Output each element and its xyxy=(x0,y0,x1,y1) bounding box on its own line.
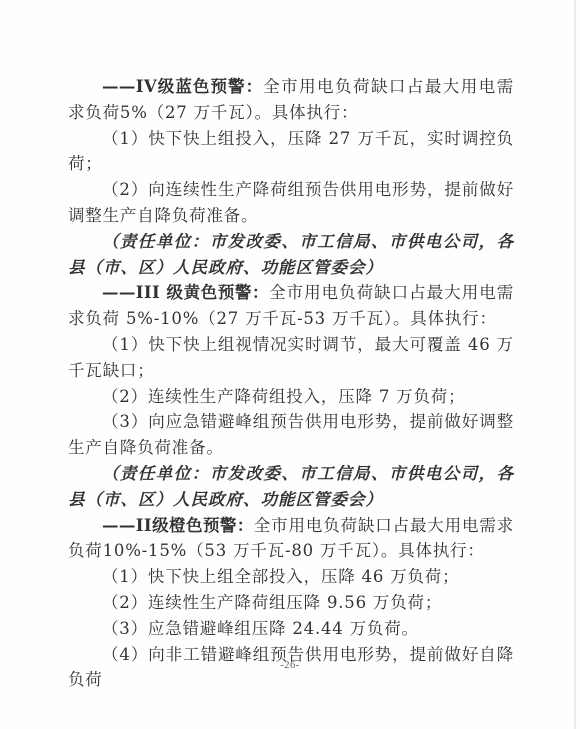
document-body: ——IV级蓝色预警：全市用电负荷缺口占最大用电需求负荷5%（27 万千瓦）。具体… xyxy=(68,74,514,693)
paragraph-text: （责任单位：市发改委、市工信局、市供电公司，各县（市、区）人民政府、功能区管委会… xyxy=(68,464,514,509)
paragraph-item: （3）应急错避峰组压降 24.44 万负荷。 xyxy=(68,616,514,642)
paragraph-item: （3）向应急错避峰组预告供用电形势，提前做好调整生产自降负荷准备。 xyxy=(68,409,514,461)
paragraph-text: （1）快下快上组投入，压降 27 万千瓦，实时调控负荷； xyxy=(68,129,514,174)
paragraph-item: （1）快下快上组全部投入，压降 46 万负荷； xyxy=(68,564,514,590)
paragraph-item: （1）快下快上组投入，压降 27 万千瓦，实时调控负荷； xyxy=(68,126,514,178)
page-number: -26- xyxy=(0,660,580,671)
paragraph-item: （2）向连续性生产降荷组预告供用电形势，提前做好调整生产自降负荷准备。 xyxy=(68,177,514,229)
paragraph-alert-level-4: ——IV级蓝色预警：全市用电负荷缺口占最大用电需求负荷5%（27 万千瓦）。具体… xyxy=(68,74,514,126)
paragraph-text: （3）向应急错避峰组预告供用电形势，提前做好调整生产自降负荷准备。 xyxy=(68,412,514,457)
paragraph-text: （责任单位：市发改委、市工信局、市供电公司，各县（市、区）人民政府、功能区管委会… xyxy=(68,232,514,277)
paragraph-item: （2）连续性生产降荷组投入，压降 7 万负荷； xyxy=(68,384,514,410)
paragraph-text: （2）连续性生产降荷组压降 9.56 万负荷； xyxy=(102,593,442,612)
scan-edge-shadow xyxy=(574,0,576,729)
alert-level-4-heading: ——IV级蓝色预警： xyxy=(102,77,263,96)
paragraph-item: （1）快下快上组视情况实时调节，最大可覆盖 46 万千瓦缺口； xyxy=(68,332,514,384)
document-page: ——IV级蓝色预警：全市用电负荷缺口占最大用电需求负荷5%（27 万千瓦）。具体… xyxy=(0,0,580,729)
paragraph-item: （2）连续性生产降荷组压降 9.56 万负荷； xyxy=(68,590,514,616)
paragraph-text: （2）向连续性生产降荷组预告供用电形势，提前做好调整生产自降负荷准备。 xyxy=(68,180,514,225)
paragraph-text: （1）快下快上组全部投入，压降 46 万负荷； xyxy=(102,567,459,586)
paragraph-responsible-units: （责任单位：市发改委、市工信局、市供电公司，各县（市、区）人民政府、功能区管委会… xyxy=(68,229,514,281)
paragraph-alert-level-3: ——III 级黄色预警：全市用电负荷缺口占最大用电需求负荷 5%-10%（27 … xyxy=(68,280,514,332)
paragraph-alert-level-2: ——II级橙色预警：全市用电负荷缺口占最大用电需求负荷10%-15%（53 万千… xyxy=(68,513,514,565)
alert-level-3-heading: ——III 级黄色预警： xyxy=(102,283,269,302)
paragraph-text: （1）快下快上组视情况实时调节，最大可覆盖 46 万千瓦缺口； xyxy=(68,335,514,380)
paragraph-responsible-units: （责任单位：市发改委、市工信局、市供电公司，各县（市、区）人民政府、功能区管委会… xyxy=(68,461,514,513)
alert-level-2-heading: ——II级橙色预警： xyxy=(102,516,254,535)
paragraph-text: （2）连续性生产降荷组投入，压降 7 万负荷； xyxy=(102,387,465,406)
paragraph-text: （3）应急错避峰组压降 24.44 万负荷。 xyxy=(102,619,419,638)
